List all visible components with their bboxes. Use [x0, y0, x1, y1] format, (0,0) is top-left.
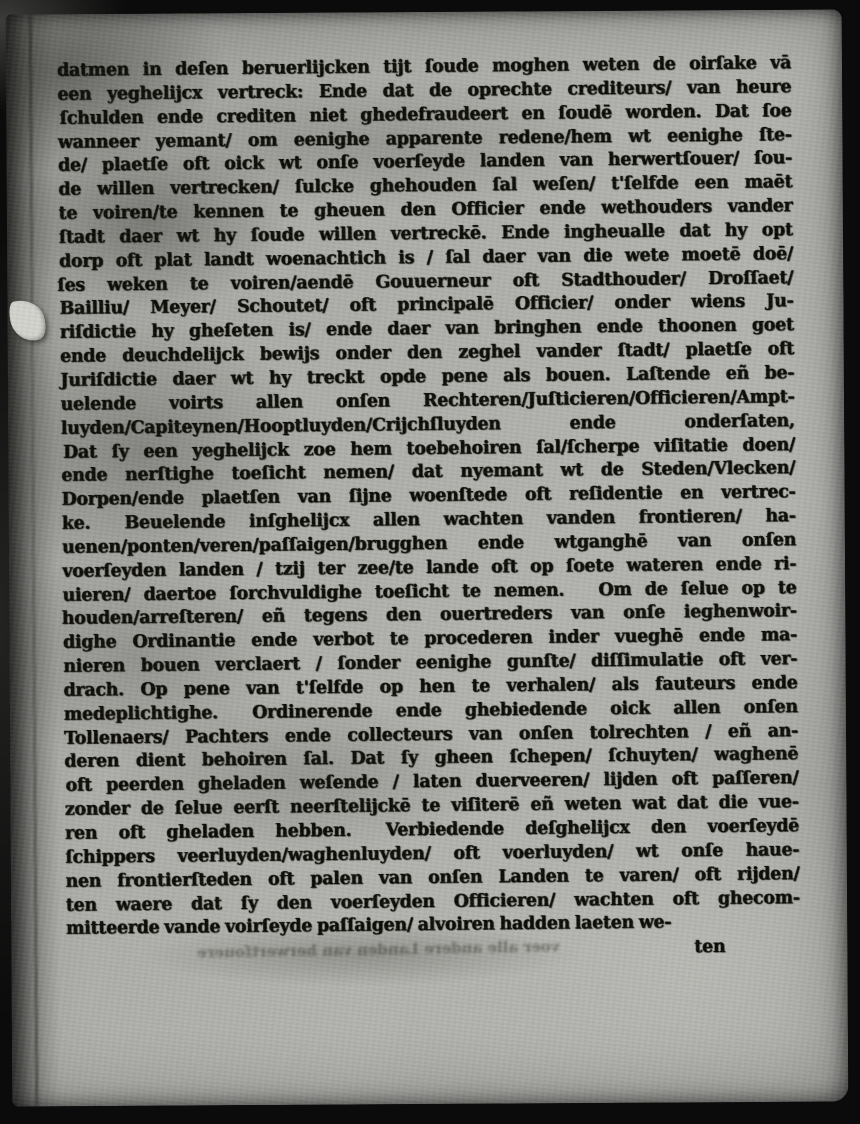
catchword: ten — [694, 936, 725, 960]
scan-background: datmen in deſen beruerlijcken tijt ſoude… — [0, 0, 860, 1124]
text-block: datmen in deſen beruerlijcken tijt ſoude… — [57, 52, 800, 968]
book-page: datmen in deſen beruerlijcken tijt ſoude… — [6, 9, 849, 1106]
